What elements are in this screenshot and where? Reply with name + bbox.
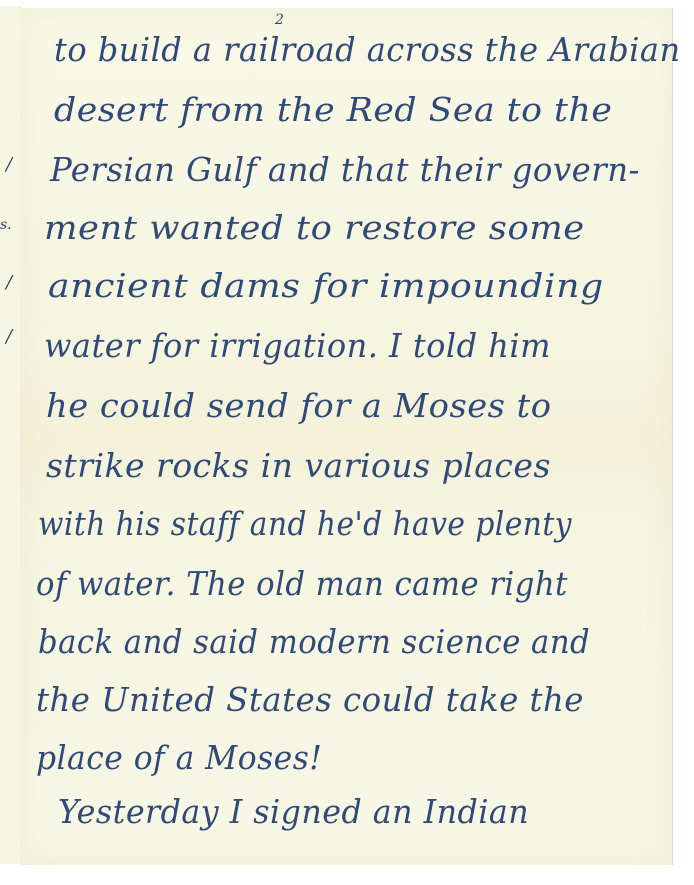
letter-page: 2 to build a railroad across the Arabian… [20,8,673,865]
text-line: Yesterday I signed an Indian [58,792,529,831]
text-line: water for irrigation. I told him [44,326,551,365]
text-line: desert from the Red Sea to the [54,90,612,129]
text-line: to build a railroad across the Arabian [54,30,681,69]
text-line: ment wanted to restore some [44,208,585,247]
text-line: back and said modern science and [38,622,590,661]
text-line: place of a Moses! [36,738,322,777]
text-line: he could send for a Moses to [46,386,551,425]
text-line: the United States could take the [36,680,584,719]
margin-mark: / [6,328,12,346]
previous-page-edge: / s. / / [0,6,21,864]
margin-mark: / [6,274,12,292]
margin-mark: s. [0,216,12,234]
text-line: strike rocks in various places [46,446,551,485]
text-line: of water. The old man came right [36,564,568,603]
text-line: Persian Gulf and that their govern- [50,150,640,189]
margin-mark: / [6,156,12,174]
page-number: 2 [275,12,284,28]
text-line: with his staff and he'd have plenty [38,504,572,543]
text-line: ancient dams for impounding [48,266,604,305]
scanned-document: / s. / / 2 to build a railroad across th… [0,0,694,885]
